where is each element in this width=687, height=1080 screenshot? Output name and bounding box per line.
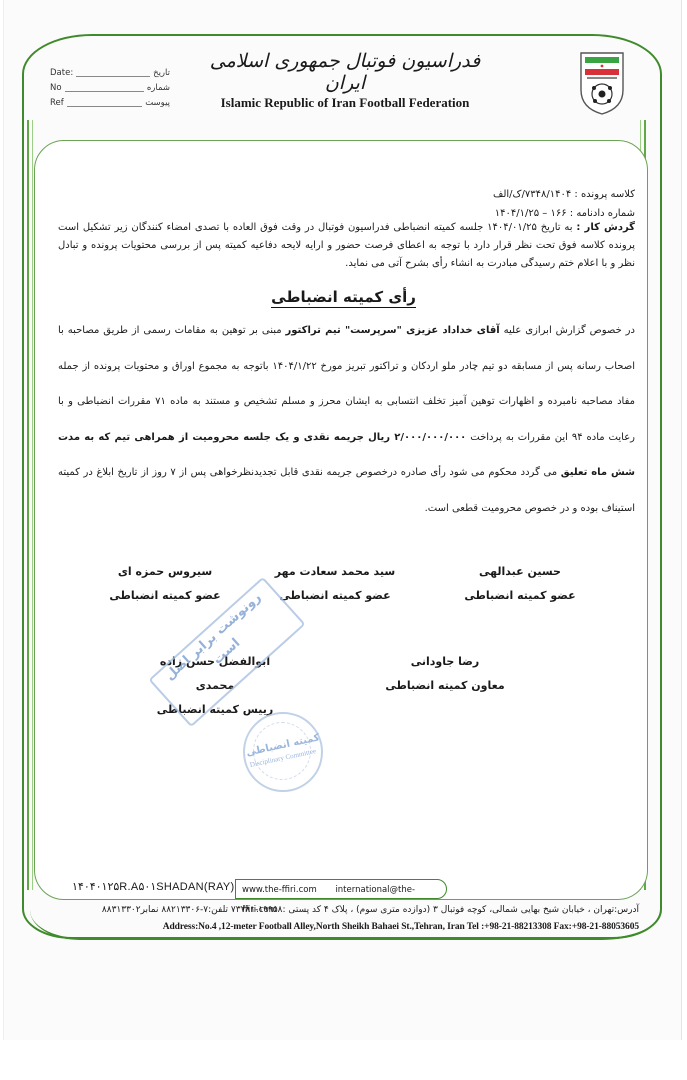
- verdict-text-3: می گردد محکوم می شود رأی صادره درخصوص جر…: [58, 467, 635, 514]
- letter-meta: Date: تاریخ No شماره Ref پیوست: [50, 66, 170, 111]
- signature-block-3: سیروس حمزه ای عضو کمیته انضباطی: [100, 560, 230, 608]
- case-number-value: ۷۳۴۸/۱۴۰۴/ک/الف: [493, 189, 571, 200]
- meta-date-line: [76, 70, 150, 77]
- meta-ref-label-fa: پیوست: [145, 96, 170, 111]
- verdict-subject: آقای خداداد عزیزی "سرپرست" تیم تراکتور: [286, 325, 500, 336]
- frame-left-rule: [27, 120, 33, 890]
- ruling-number-label: شماره دادنامه :: [570, 208, 635, 219]
- address-fa: آدرس:تهران ، خیابان شیخ بهایی شمالی، کوچ…: [40, 905, 639, 915]
- committee-seal: کمیته انضباطی Disciplinary Committee: [243, 712, 323, 792]
- ruling-number-value: ۱۶۶ – ۱۴۰۴/۱/۲۵: [495, 208, 567, 219]
- signatory-role: عضو کمیته انضباطی: [445, 584, 595, 608]
- file-reference: کلاسه پرونده : ۷۳۴۸/۱۴۰۴/ک/الف شماره داد…: [493, 185, 635, 223]
- meta-number-line: [65, 85, 144, 92]
- signatory-role: معاون کمیته انضباطی: [370, 674, 520, 698]
- verdict-heading: رأی کمیته انضباطی: [0, 288, 687, 306]
- signatory-name: رضا جاودانی: [370, 650, 520, 674]
- procedure-paragraph: گردش کار : به تاریخ ۱۴۰۴/۰۱/۲۵ جلسه کمیت…: [58, 219, 635, 273]
- verdict-paragraph: در خصوص گزارش ابرازی علیه آقای خداداد عز…: [58, 313, 635, 526]
- signature-block-1: حسین عبدالهی عضو کمیته انضباطی: [445, 560, 595, 608]
- meta-ref-line: [67, 100, 142, 107]
- procedure-lead: گردش کار :: [576, 222, 635, 233]
- meta-date-label-fa: تاریخ: [153, 66, 170, 81]
- meta-ref-label-en: Ref: [50, 96, 64, 111]
- signatory-role: عضو کمیته انضباطی: [100, 584, 230, 608]
- address-en: Address:No.4 ,12-meter Football Alley,No…: [40, 922, 639, 932]
- verdict-text-2: مبنی بر توهین به مقامات رسمی از طریق مصا…: [58, 325, 635, 443]
- federation-title-fa: فدراسیون فوتبال جمهوری اسلامی ایران: [200, 50, 490, 94]
- website-link[interactable]: www.the-ffiri.com: [242, 885, 317, 895]
- archive-code: ۱۴۰۴۰۱۲۵R.A۵۰۱SHADAN(RAY): [72, 880, 235, 893]
- verdict-text-1: در خصوص گزارش ابرازی علیه: [504, 325, 635, 336]
- meta-date: Date: تاریخ: [50, 66, 170, 81]
- federation-title-en: Islamic Republic of Iran Football Federa…: [200, 95, 490, 111]
- federation-crest-icon: [578, 50, 626, 116]
- signatory-name: حسین عبدالهی: [445, 560, 595, 584]
- meta-date-label-en: Date:: [50, 66, 73, 81]
- verdict-heading-text: رأی کمیته انضباطی: [271, 288, 416, 308]
- meta-number-label-fa: شماره: [147, 81, 170, 96]
- signatory-name: سیروس حمزه ای: [100, 560, 230, 584]
- procedure-text: به تاریخ ۱۴۰۴/۰۱/۲۵ جلسه کمیته انضباطی ف…: [58, 222, 635, 269]
- contact-box: www.the-ffiri.com international@the-ffir…: [235, 879, 447, 899]
- meta-number: No شماره: [50, 81, 170, 96]
- signatory-name: سید محمد سعادت مهر: [255, 560, 415, 584]
- meta-ref: Ref پیوست: [50, 96, 170, 111]
- case-number-label: کلاسه پرونده :: [574, 189, 635, 200]
- signature-block-4: رضا جاودانی معاون کمیته انضباطی: [370, 650, 520, 698]
- meta-number-label-en: No: [50, 81, 62, 96]
- case-number-row: کلاسه پرونده : ۷۳۴۸/۱۴۰۴/ک/الف: [493, 185, 635, 204]
